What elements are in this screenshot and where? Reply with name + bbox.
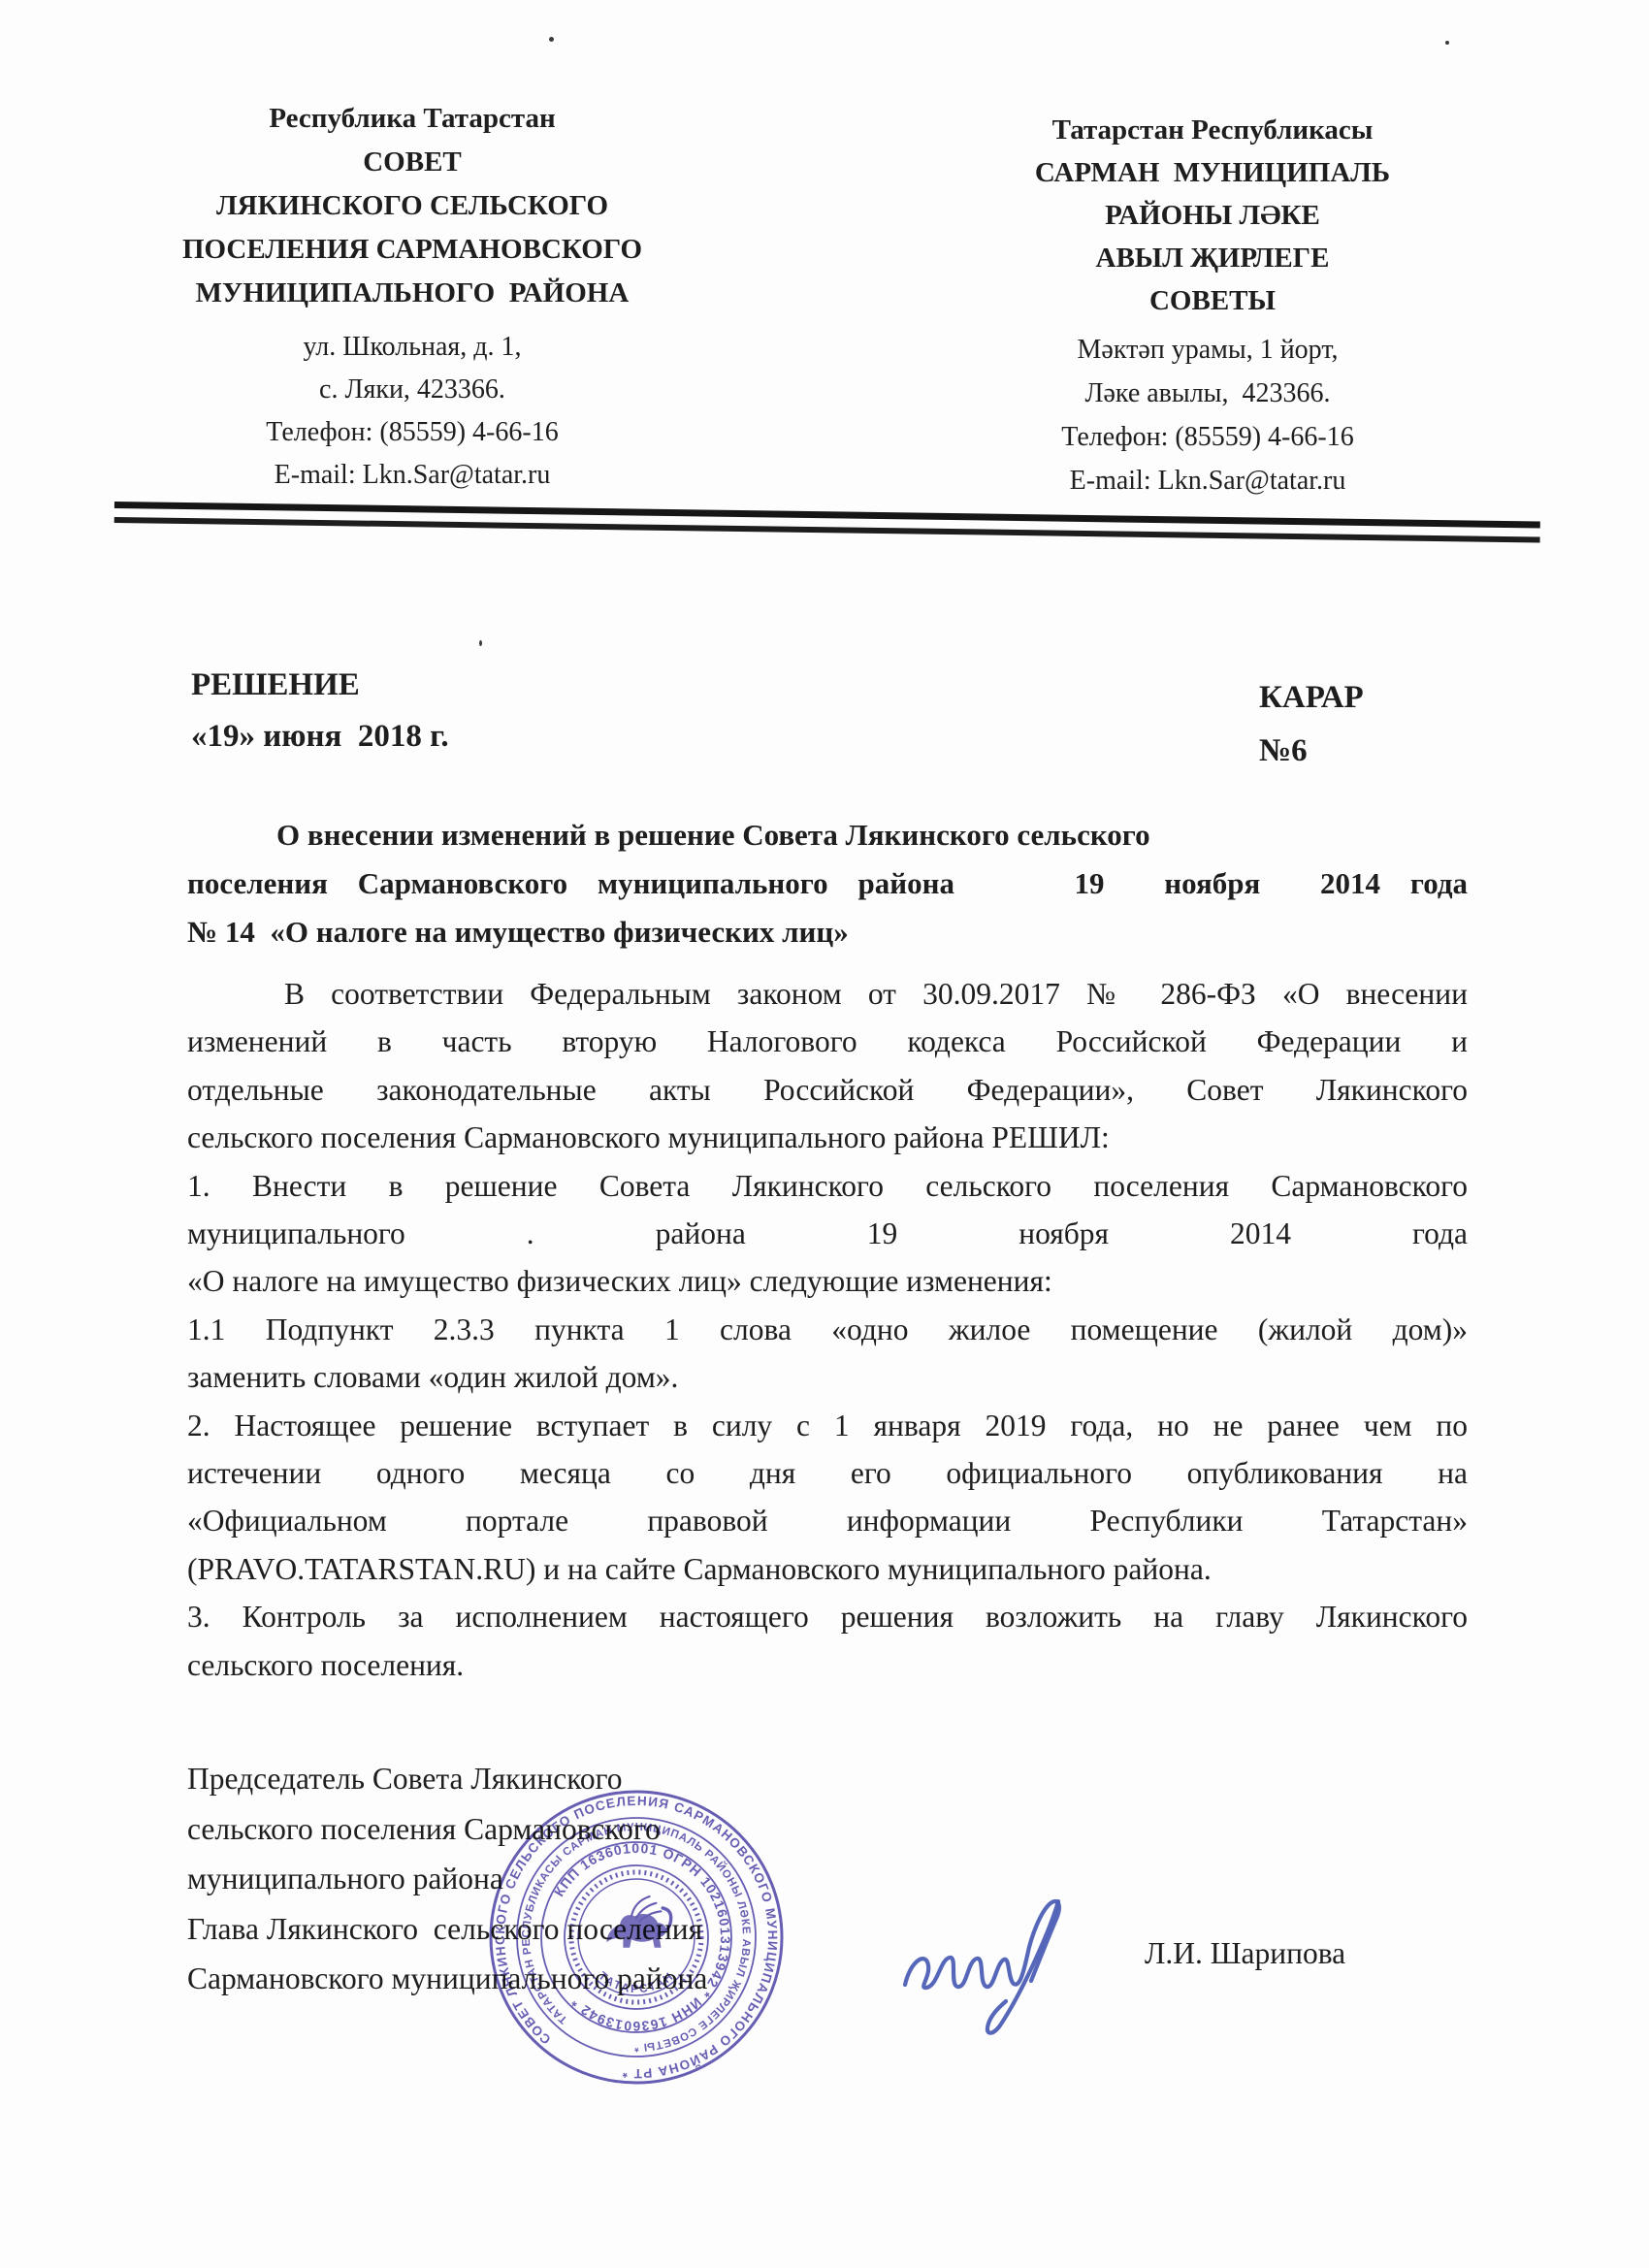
body-paragraph: 3. Контроль за исполнением настоящего ре…: [187, 1593, 1468, 1689]
letterhead-address-line: Мәктәп урамы, 1 йорт,: [980, 328, 1436, 372]
body-paragraph: 1.1 Подпункт 2.3.3 пункта 1 слова «одно …: [187, 1306, 1468, 1402]
letterhead-address-line: ул. Школьная, д. 1,: [179, 326, 645, 369]
body-line: изменений в часть вторую Налогового коде…: [187, 1018, 1468, 1065]
body-line: 1.1 Подпункт 2.3.3 пункта 1 слова «одно …: [187, 1306, 1468, 1353]
ink-speck: [549, 37, 554, 42]
letterhead-org-line: СОВЕТ: [155, 141, 669, 184]
letterhead-address-line: Телефон: (85559) 4-66-16: [179, 411, 645, 454]
body-paragraph: 1. Внести в решение Совета Лякинского се…: [187, 1162, 1468, 1306]
title-line: № 14 «О налоге на имущество физических л…: [187, 908, 1468, 956]
letterhead-address-line: с. Ляки, 423366.: [179, 369, 645, 411]
letterhead-org-line: МУНИЦИПАЛЬНОГО РАЙОНА: [155, 272, 669, 315]
letterhead-left-org: Республика ТатарстанСОВЕТЛЯКИНСКОГО СЕЛЬ…: [155, 97, 669, 315]
body-paragraph: 2. Настоящее решение вступает в силу с 1…: [187, 1402, 1468, 1594]
ink-speck: [479, 640, 482, 646]
letterhead-address-line: Телефон: (85559) 4-66-16: [980, 415, 1436, 459]
letterhead-org-line: СОВЕТЫ: [975, 279, 1450, 322]
decision-date: «19» июня 2018 г.: [191, 711, 449, 762]
letterhead-address-line: E-mail: Lkn.Sar@tatar.ru: [179, 454, 645, 497]
letterhead-right-org: Татарстан РеспубликасыСАРМАН МУНИЦИПАЛЬР…: [975, 109, 1450, 322]
letterhead-org-line: РАЙОНЫ ЛӘКЕ: [975, 194, 1450, 237]
decision-heading-tt: КАРАР №6: [1259, 671, 1364, 778]
body-line: сельского поселения Сармановского муници…: [187, 1114, 1468, 1161]
letterhead-org-line: Республика Татарстан: [155, 97, 669, 141]
body-line: 3. Контроль за исполнением настоящего ре…: [187, 1593, 1468, 1640]
letterhead-org-line: ПОСЕЛЕНИЯ САРМАНОВСКОГО: [155, 228, 669, 272]
letterhead-org-line: Татарстан Республикасы: [975, 109, 1450, 151]
signatory-name: Л.И. Шарипова: [1145, 1936, 1345, 1971]
letterhead-address-line: Ләке авылы, 423366.: [980, 372, 1436, 415]
letterhead-org-line: САРМАН МУНИЦИПАЛЬ: [975, 151, 1450, 194]
body-line: В соответствии Федеральным законом от 30…: [187, 970, 1468, 1018]
decision-label-ru: РЕШЕНИЕ: [191, 660, 449, 711]
body-line: (PRAVO.TATARSTAN.RU) и на сайте Сарманов…: [187, 1545, 1468, 1593]
body-line: заменить словами «один жилой дом».: [187, 1353, 1468, 1401]
signature-scribble: [897, 1890, 1125, 2045]
document-title: О внесении изменений в решение Совета Ля…: [187, 811, 1468, 956]
body-line: истечении одного месяца со дня его офици…: [187, 1449, 1468, 1497]
title-line: поселения Сармановского муниципального р…: [187, 859, 1468, 908]
letterhead-org-line: АВЫЛ ҖИРЛЕГЕ: [975, 237, 1450, 279]
body-line: «О налоге на имущество физических лиц» с…: [187, 1257, 1468, 1305]
document-body: В соответствии Федеральным законом от 30…: [187, 970, 1468, 1689]
body-line: муниципального . района 19 ноября 2014 г…: [187, 1210, 1468, 1257]
signature-loops: [905, 1901, 1059, 1988]
tatarstan-coat-of-arms-icon: [606, 1896, 670, 1948]
decision-label-tt: КАРАР: [1259, 671, 1364, 725]
letterhead-address-line: E-mail: Lkn.Sar@tatar.ru: [980, 459, 1436, 502]
letterhead-right-address: Мәктәп урамы, 1 йорт,Ләке авылы, 423366.…: [980, 328, 1436, 502]
body-line: «Официальном портале правовой информации…: [187, 1497, 1468, 1544]
letterhead-org-line: ЛЯКИНСКОГО СЕЛЬСКОГО: [155, 184, 669, 228]
ink-speck: [1445, 41, 1449, 45]
decision-number: №6: [1259, 725, 1364, 778]
stamp-center-caption: ТАТАРСТАН: [596, 1968, 676, 1995]
body-line: 1. Внести в решение Совета Лякинского се…: [187, 1162, 1468, 1210]
body-line: отдельные законодательные акты Российско…: [187, 1066, 1468, 1114]
body-paragraph: В соответствии Федеральным законом от 30…: [187, 970, 1468, 1162]
decision-heading-ru: РЕШЕНИЕ «19» июня 2018 г.: [191, 660, 449, 762]
official-stamp: СОВЕТ ЛЯКИНСКОГО СЕЛЬСКОГО ПОСЕЛЕНИЯ САР…: [471, 1772, 801, 2102]
body-line: сельского поселения.: [187, 1641, 1468, 1689]
title-line: О внесении изменений в решение Совета Ля…: [187, 811, 1468, 859]
scanned-document-page: { "page": { "background": "#fdfdfd", "in…: [0, 0, 1649, 2268]
letterhead-divider: [114, 502, 1540, 543]
letterhead-left-address: ул. Школьная, д. 1,с. Ляки, 423366.Телеф…: [179, 326, 645, 497]
body-line: 2. Настоящее решение вступает в силу с 1…: [187, 1402, 1468, 1449]
